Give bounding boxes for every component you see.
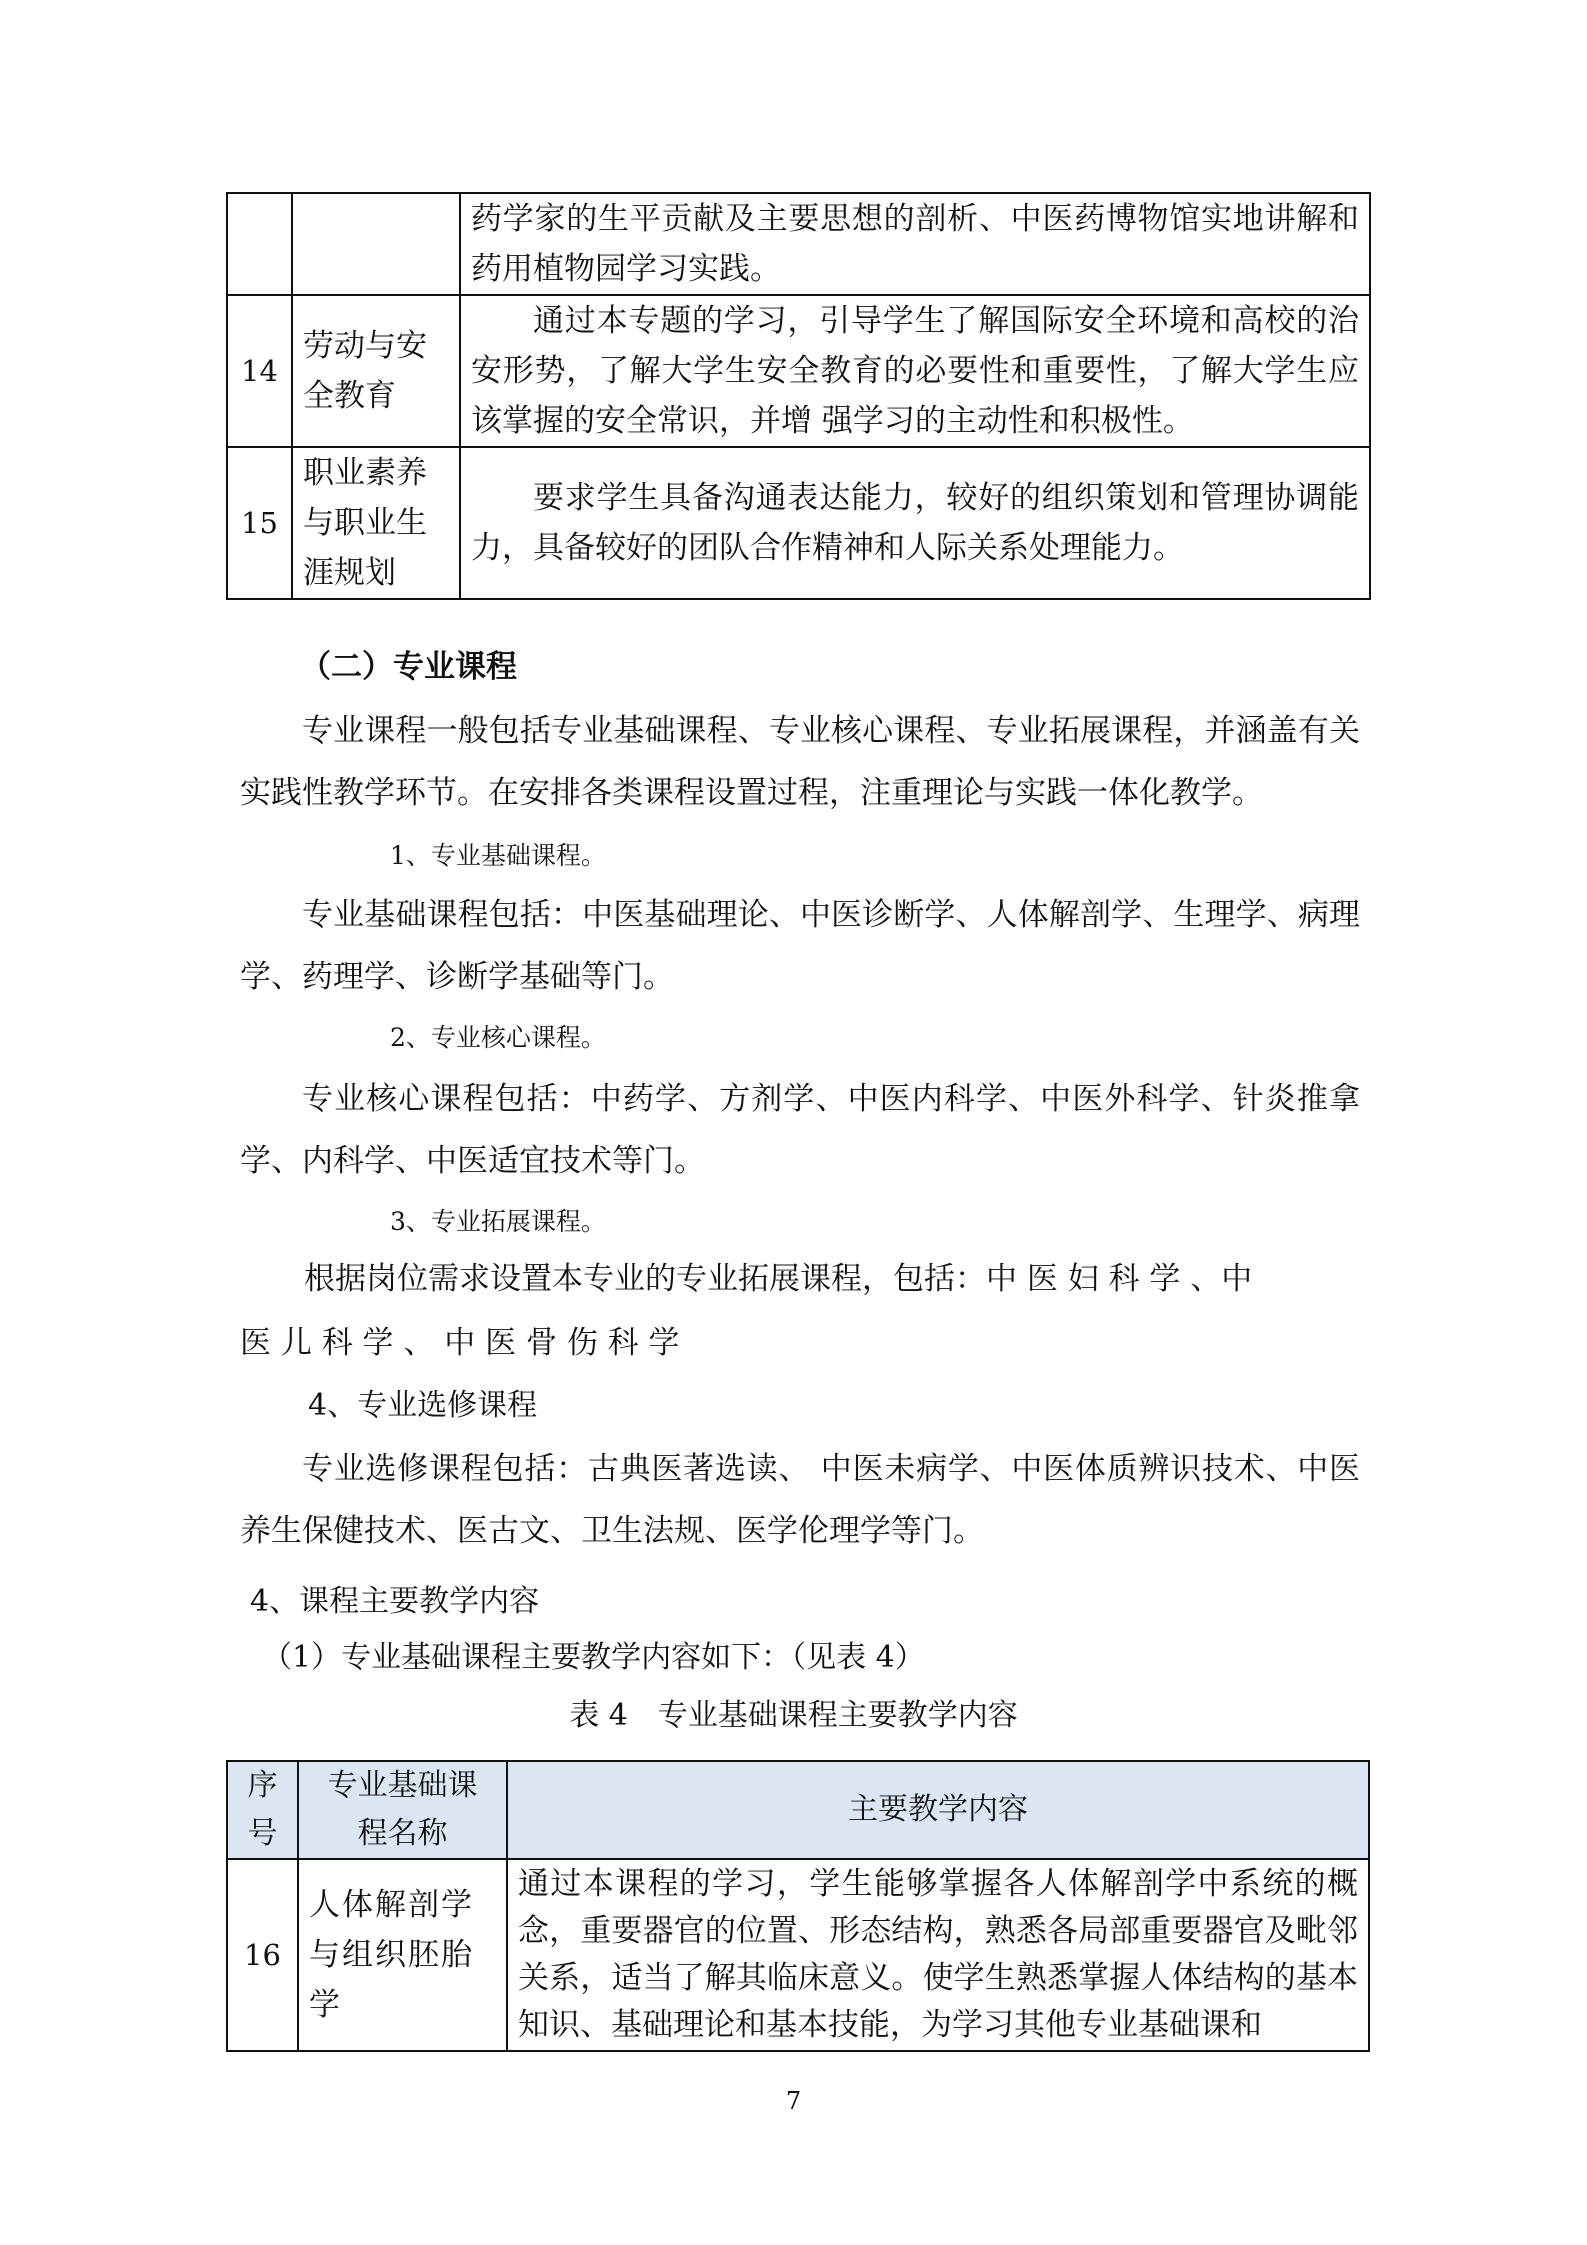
course-name-line: 学: [309, 1980, 506, 2030]
subsection-1-text: 专业基础课程包括：中医基础理论、中医诊断学、人体解剖学、生理学、病理学、药理学、…: [240, 884, 1360, 1008]
row-number: 15: [227, 447, 292, 599]
table-row: 药学家的生平贡献及主要思想的剖析、中医药博物馆实地讲解和药用植物园学习实践。: [227, 193, 1370, 295]
table-row: 14 劳动与安 全教育 通过本专题的学习，引导学生了解国际安全环境和高校的治安形…: [227, 295, 1370, 447]
page-number: 7: [0, 2086, 1587, 2116]
subsection-2-title: 2、专业核心课程。: [390, 1020, 606, 1056]
continued-course-table: 药学家的生平贡献及主要思想的剖析、中医药博物馆实地讲解和药用植物园学习实践。 1…: [226, 192, 1371, 600]
course-name: 劳动与安 全教育: [292, 295, 460, 447]
course-name-line: 职业素养: [303, 448, 459, 498]
subsection-3-title: 3、专业拓展课程。: [390, 1204, 606, 1240]
course-name-line: 与组织胚胎: [309, 1930, 506, 1980]
main-content-subtitle: （1）专业基础课程主要教学内容如下：（见表 4）: [262, 1636, 925, 1680]
subsection-2-text: 专业核心课程包括：中药学、方剂学、中医内科学、中医外科学、针炎推拿学、内科学、中…: [240, 1068, 1360, 1192]
course-name: 职业素养 与职业生 涯规划: [292, 447, 460, 599]
table-row: 15 职业素养 与职业生 涯规划 要求学生具备沟通表达能力，较好的组织策划和管理…: [227, 447, 1370, 599]
course-name-line: 人体解剖学: [309, 1880, 506, 1930]
subsection-1-title: 1、专业基础课程。: [390, 838, 606, 874]
course-name: 人体解剖学 与组织胚胎 学: [298, 1859, 507, 2051]
subsection-3-text-line1: 根据岗位需求设置本专业的专业拓展课程，包括：中 医 妇 科 学 、中: [304, 1254, 1252, 1304]
course-name: [292, 193, 460, 295]
course-name-line: 与职业生: [303, 498, 459, 548]
course-name-line: 全教育: [303, 371, 459, 421]
row-number: 16: [227, 1859, 298, 2051]
row-number: 14: [227, 295, 292, 447]
subsection-4-title: 4、专业选修课程: [308, 1384, 537, 1428]
row-number: [227, 193, 292, 295]
table-row: 16 人体解剖学 与组织胚胎 学 通过本课程的学习，学生能够掌握各人体解剖学中系…: [227, 1859, 1369, 2051]
course-content: 通过本专题的学习，引导学生了解国际安全环境和高校的治安形势，了解大学生安全教育的…: [460, 295, 1370, 447]
course-name-line: 劳动与安: [303, 321, 459, 371]
header-no: 序 号: [227, 1761, 298, 1859]
course-content: 通过本课程的学习，学生能够掌握各人体解剖学中系统的概念，重要器官的位置、形态结构…: [507, 1859, 1369, 2051]
section-heading: （二）专业课程: [300, 642, 517, 692]
course-content: 要求学生具备沟通表达能力，较好的组织策划和管理协调能力，具备较好的团队合作精神和…: [460, 447, 1370, 599]
section-intro: 专业课程一般包括专业基础课程、专业核心课程、专业拓展课程，并涵盖有关实践性教学环…: [240, 700, 1360, 824]
course-name-line: 涯规划: [303, 548, 459, 598]
course-content: 药学家的生平贡献及主要思想的剖析、中医药博物馆实地讲解和药用植物园学习实践。: [460, 193, 1370, 295]
header-main-content: 主要教学内容: [507, 1761, 1369, 1859]
subsection-3-text-line2: 医 儿 科 学 、 中 医 骨 伤 科 学: [240, 1318, 680, 1368]
table-header-row: 序 号 专业基础课 程名称 主要教学内容: [227, 1761, 1369, 1859]
subsection-4-text: 专业选修课程包括：古典医著选读、 中医未病学、中医体质辨识技术、中医养生保健技术…: [240, 1438, 1360, 1562]
header-course-name: 专业基础课 程名称: [298, 1761, 507, 1859]
table-4-basic-courses: 序 号 专业基础课 程名称 主要教学内容 16 人体解剖学 与组织胚胎 学 通过…: [226, 1760, 1370, 2052]
table-caption: 表 4 专业基础课程主要教学内容: [0, 1694, 1587, 1738]
main-content-title: 4、课程主要教学内容: [250, 1580, 539, 1624]
